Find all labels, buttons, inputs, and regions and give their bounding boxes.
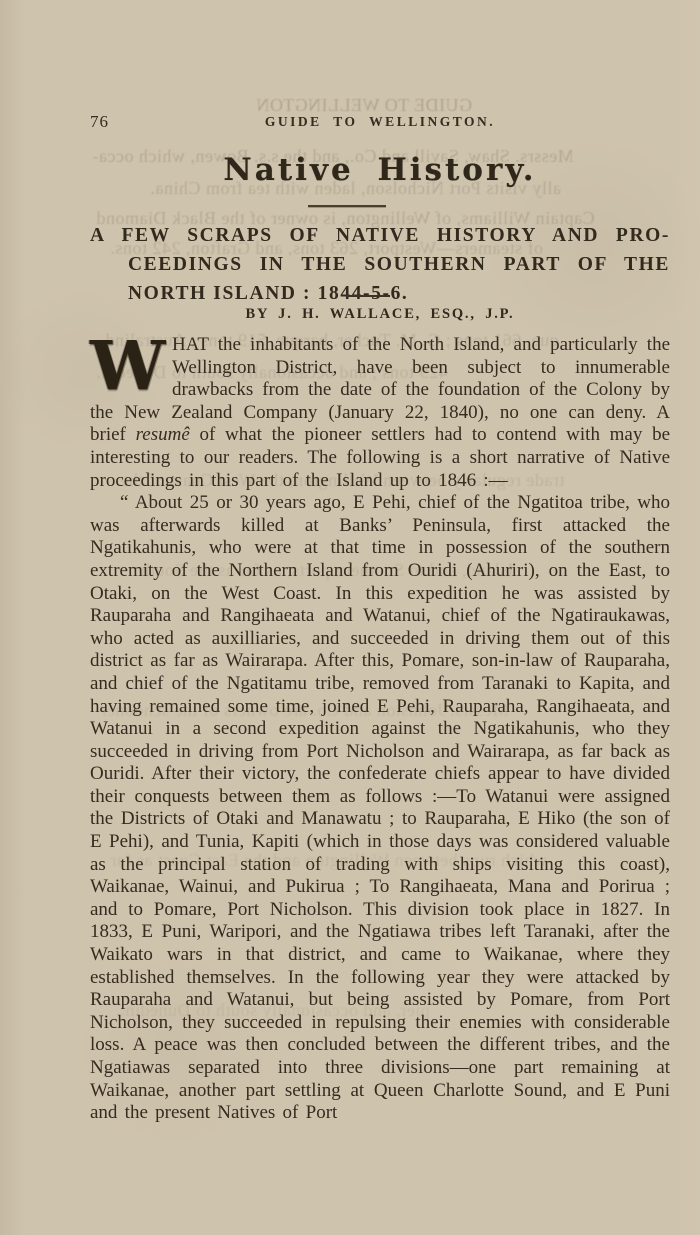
paragraph: WHAT the inhabitants of the North Island… [90, 334, 670, 492]
chapter-title: Native History. [90, 152, 670, 188]
paragraph: “ About 25 or 30 years ago, E Pehi, chie… [90, 492, 670, 1125]
byline: BY J. H. WALLACE, ESQ., J.P. [90, 306, 670, 323]
ornamental-rule [308, 205, 386, 207]
section-heading-line: A FEW SCRAPS OF NATIVE HISTORY AND PRO- [90, 221, 670, 250]
section-heading-line: NORTH ISLAND : 1844-5-6. [90, 279, 670, 308]
page-header: 76 GUIDE TO WELLINGTON. [90, 112, 670, 134]
italic-word: resumê [136, 424, 190, 445]
running-header: GUIDE TO WELLINGTON. [90, 114, 670, 130]
article-body: WHAT the inhabitants of the North Island… [90, 334, 670, 1125]
book-page: GUIDE TO WELLINGTON Messrs. Shaw, Savill… [0, 0, 700, 1235]
ornamental-rule [346, 295, 390, 297]
section-heading-line: CEEDINGS IN THE SOUTHERN PART OF THE [90, 250, 670, 279]
drop-cap-initial: W [90, 336, 166, 398]
